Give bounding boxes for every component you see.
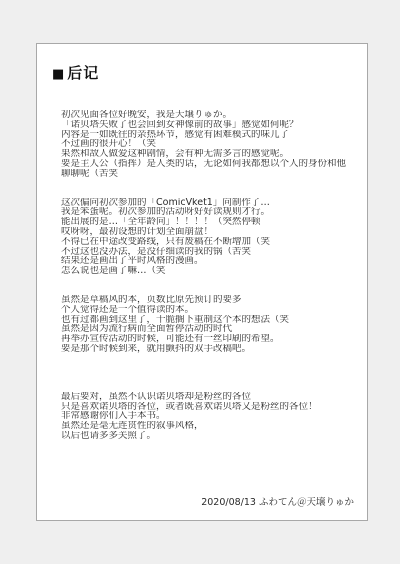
text-line: 哎呀呀，最初设想的计划全面崩盘！ bbox=[61, 227, 361, 237]
text-line: 「诺贝塔失败了也会回到女神像前的故事」感觉如何呢？ bbox=[61, 120, 361, 130]
text-line: 不过画的很开心！（笑 bbox=[61, 139, 361, 149]
text-line: 虽然是草稿风的本，页数比原先预订的要多 bbox=[61, 295, 361, 305]
paragraph-greeting: 初次见面各位好晚安，我是天壌りゅか。 「诺贝塔失败了也会回到女神像前的故事」感觉… bbox=[61, 110, 361, 179]
paragraph-book-notes: 虽然是草稿风的本，页数比原先预订的要多 个人觉得还是一个值得读的本。 也有过都画… bbox=[61, 295, 361, 354]
date-author-signature: 2020/08/13 ふわてん＠天壌りゅか bbox=[201, 494, 354, 508]
text-line: 怎么说也是画了嘛…（笑 bbox=[61, 266, 361, 276]
text-line: 要是主人公（指挥）是人类的话，无论如何我都想以个人的身份和他 bbox=[61, 159, 361, 169]
text-line: 要是那个时候到来，就用颤抖的双手改稿吧。 bbox=[61, 344, 361, 354]
text-line: 能出展的是…「全年龄向」！！！！（突然停顿 bbox=[61, 217, 361, 227]
paragraph-event: 这次偏向初次参加的「ComicVket1」向制作了… 我是笨蛋呢。初次参加的活动… bbox=[61, 198, 361, 276]
text-line: 果然和敌人做爱这种剧情，会有种无需多言的感觉呢。 bbox=[61, 149, 361, 159]
text-line: 虽然是因为流行病而全面暂停活动的时代 bbox=[61, 324, 361, 334]
text-line: 虽然还是毫无连贯性的叙事风格， bbox=[61, 421, 361, 431]
afterword-body: 初次见面各位好晚安，我是天壌りゅか。 「诺贝塔失败了也会回到女神像前的故事」感觉… bbox=[61, 110, 361, 460]
text-line: 非常感谢你们入手本书。 bbox=[61, 411, 361, 421]
text-line: 聊聊呢（苦笑 bbox=[61, 169, 361, 179]
text-line: 结果还是画出了平时风格的漫画。 bbox=[61, 256, 361, 266]
text-line: 不过这也没办法，是没仔细读的我的锅（苦笑 bbox=[61, 247, 361, 257]
text-line: 只是喜欢诺贝塔的各位，或者既喜欢诺贝塔又是粉丝的各位！ bbox=[61, 402, 361, 412]
text-line: 以后也请多多关照了。 bbox=[61, 431, 361, 441]
text-line: 再举办宣传活动的时候，可能还有一丝印刷的希望。 bbox=[61, 334, 361, 344]
text-line: 也有过都画到这里了，干脆搁下重制这个本的想法（笑 bbox=[61, 315, 361, 325]
square-bullet-icon: ■ bbox=[52, 67, 65, 82]
afterword-page: ■后记 初次见面各位好晚安，我是天壌りゅか。 「诺贝塔失败了也会回到女神像前的故… bbox=[36, 43, 368, 521]
text-line: 初次见面各位好晚安，我是天壌りゅか。 bbox=[61, 110, 361, 120]
text-line: 个人觉得还是一个值得读的本。 bbox=[61, 305, 361, 315]
text-line: 我是笨蛋呢。初次参加的活动呀好好读规则才行。 bbox=[61, 207, 361, 217]
paragraph-thanks: 最后要对，虽然不认识诺贝塔却是粉丝的各位 只是喜欢诺贝塔的各位，或者既喜欢诺贝塔… bbox=[61, 392, 361, 441]
text-line: 不得已在中途改变路线，只有废稿在不断增加（笑 bbox=[61, 237, 361, 247]
text-line: 内容是一如既往的亲热环节，感觉有困难模式的味儿了 bbox=[61, 130, 361, 140]
text-line: 最后要对，虽然不认识诺贝塔却是粉丝的各位 bbox=[61, 392, 361, 402]
text-line: 这次偏向初次参加的「ComicVket1」向制作了… bbox=[61, 198, 361, 208]
page-title-text: 后记 bbox=[67, 64, 99, 82]
page-title: ■后记 bbox=[52, 62, 99, 83]
